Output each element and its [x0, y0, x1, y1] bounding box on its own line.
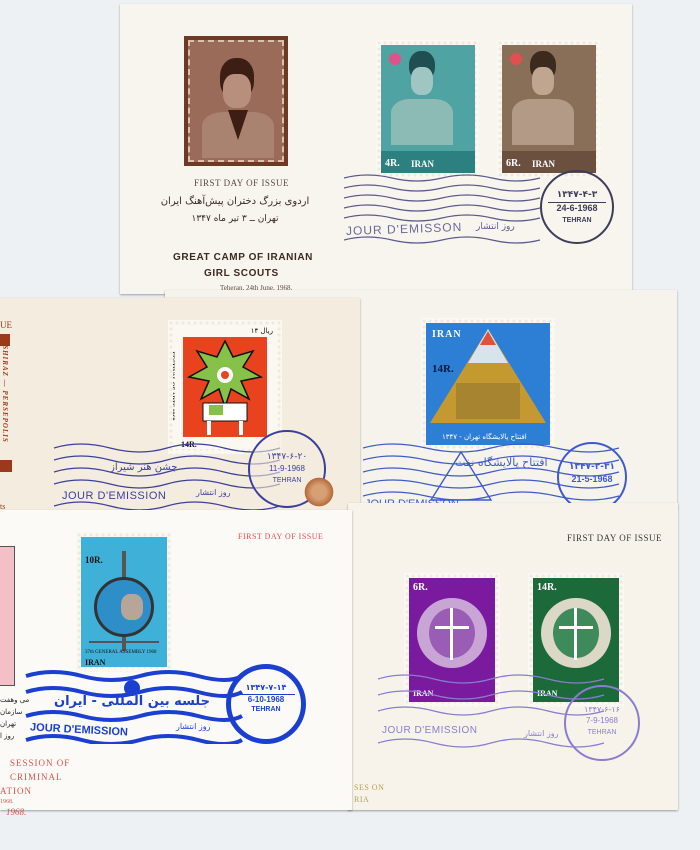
- postmark-circle: ۱۳۴۷-۴-۳ 24-6-1968 TEHRAN: [540, 170, 614, 244]
- stamp-refinery-14r: IRAN 14R. افتتاح پالایشگاه تهران - ۱۳۴۷: [421, 318, 555, 450]
- cancel-text: JOUR D'EMISSION: [382, 725, 478, 736]
- cover-title-partial-2: RIA: [354, 795, 369, 804]
- postmark-date-persian: ۱۳۴۷-۲-۳۱: [559, 462, 625, 472]
- postmark-circle: ۱۳۴۷-۷-۱۴ 6-10-1968 TEHRAN: [226, 664, 306, 744]
- cover-date-partial: 1968.: [6, 807, 26, 817]
- cancel-persian: روز انتشار: [196, 488, 230, 497]
- postmark-date: 24-6-1968: [548, 202, 606, 213]
- first-day-label-partial: UE: [0, 320, 12, 330]
- postmark-date-persian: ۱۳۴۷-۶-۲۰: [250, 452, 324, 462]
- first-day-label: FIRST DAY OF ISSUE: [567, 533, 662, 543]
- cover-title-partial-2: CRIMINAL: [10, 772, 63, 782]
- cancel-persian: روز انتشار: [476, 222, 515, 232]
- persian-title: اردوی بزرگ دختران پیش‌آهنگ ایران: [160, 196, 310, 207]
- globe-mosquito-icon: [541, 598, 611, 668]
- stamp-interpol-10r: 10R. 37th GENERAL ASSEMBLY 1968 IRAN: [76, 532, 172, 672]
- postmark-city: TEHRAN: [231, 706, 301, 713]
- stamp-value: 6R.: [506, 158, 521, 169]
- postmark-circle: ۱۳۴۷-۲-۳۱ 21-5-1968: [557, 442, 627, 512]
- cover-title-partial-1: SESSION OF: [10, 758, 70, 768]
- cover-title-partial-1: SES ON: [354, 783, 384, 792]
- cover-girl-scouts: FIRST DAY OF ISSUE اردوی بزرگ دختران پیش…: [120, 4, 632, 294]
- cover-malaria-congress: FIRST DAY OF ISSUE 6R. IRAN 14R. IRAN: [348, 503, 678, 810]
- cancel-persian: روز انتشار: [524, 729, 558, 738]
- stamp-value: 6R.: [413, 582, 428, 593]
- stamp-side-text: FESTIVAL OF ARTS 1968: [173, 352, 174, 421]
- flower-camel-art-icon: [183, 337, 267, 437]
- cover-date-partial-small: 1968.: [0, 799, 14, 805]
- postmark-date-persian: ۱۳۴۷-۷-۱۴: [231, 683, 301, 692]
- cancel-slogan: جلسه بین المللی - ایران: [54, 694, 210, 709]
- stamp-country: IRAN: [411, 159, 434, 169]
- persian-partial-2: سازمان: [0, 708, 22, 716]
- emblem-icon: [389, 53, 401, 65]
- cancel-text: JOUR D'EMISSION: [62, 490, 166, 502]
- cancel-slogan: جشن هنر شیراز: [110, 462, 177, 473]
- postmark-city: TEHRAN: [566, 729, 638, 736]
- globe-icon: [94, 577, 154, 637]
- cover-title-line1: GREAT CAMP OF IRANIAN: [173, 252, 313, 263]
- postmark-circle: ۱۳۴۷-۶-۱۶ 7-9-1968 TEHRAN: [564, 685, 640, 761]
- scales-icon: [89, 641, 159, 643]
- persian-partial-3: تهران: [0, 720, 16, 728]
- cancel-slogan: افتتاح پالایشگاه نفت: [455, 456, 548, 469]
- stamp-festival-14r: ۱۴ ریال FESTIVAL OF ARTS 1968 14R.: [168, 320, 282, 454]
- postmark-date-persian: ۱۳۴۷-۶-۱۶: [566, 705, 638, 714]
- postmark-date: 11-9-1968: [250, 464, 324, 473]
- persian-partial-4: روز ا: [0, 732, 14, 740]
- stamp-caption: 37th GENERAL ASSEMBLY 1968: [85, 650, 157, 655]
- postmark-date-persian: ۱۳۴۷-۴-۳: [542, 190, 612, 200]
- cachet-pink-panel: [0, 546, 15, 686]
- stamp-value-persian: ۱۴ ریال: [251, 327, 273, 335]
- globe-mosquito-icon: [417, 598, 487, 668]
- side-band-icon: [0, 334, 10, 346]
- first-day-label: FIRST DAY OF ISSUE: [194, 178, 289, 188]
- cancel-persian: روز انتشار: [176, 722, 210, 731]
- stamp-value: 14R.: [537, 582, 557, 593]
- stamp-4r: 4R. IRAN GREAT CAMP OF IRANIAN GIRL GUID…: [376, 40, 480, 178]
- postmark-city: TEHRAN: [542, 217, 612, 224]
- emblem-icon: [510, 53, 522, 65]
- side-text: SHIRAZ — PERSEPOLIS: [1, 345, 9, 443]
- stamp-value: 4R.: [385, 158, 400, 169]
- cover-title-partial-3: ATION: [0, 786, 32, 796]
- postmark-date: 7-9-1968: [566, 716, 638, 725]
- stamp-country: IRAN: [532, 159, 555, 169]
- cachet-ornament-icon: [304, 474, 334, 510]
- scarf-icon: [228, 110, 248, 140]
- side-emblem-icon: [0, 460, 12, 472]
- cover-interpol: می وهفت سازمان تهران روز ا FIRST DAY OF …: [0, 510, 352, 810]
- portrait-face-icon: [223, 74, 251, 108]
- cover-festival-of-arts: UE SHIRAZ — PERSEPOLIS ts ۱۴ ریال FESTIV…: [0, 298, 360, 516]
- postmark-date: 21-5-1968: [559, 474, 625, 484]
- stamp-value: 10R.: [85, 555, 103, 565]
- postmark-date: 6-10-1968: [237, 694, 295, 704]
- cachet-portrait: [184, 36, 288, 166]
- refinery-triangle-icon: [426, 323, 550, 445]
- first-day-label: FIRST DAY OF ISSUE: [238, 532, 323, 541]
- stamp-6r: 6R. IRAN GREAT CAMP OF IRANIAN GIRL GUID…: [497, 40, 601, 178]
- cover-title-line2: GIRL SCOUTS: [204, 268, 279, 279]
- persian-date: تهران ــ ۳ تیر ماه ۱۳۴۷: [180, 214, 290, 224]
